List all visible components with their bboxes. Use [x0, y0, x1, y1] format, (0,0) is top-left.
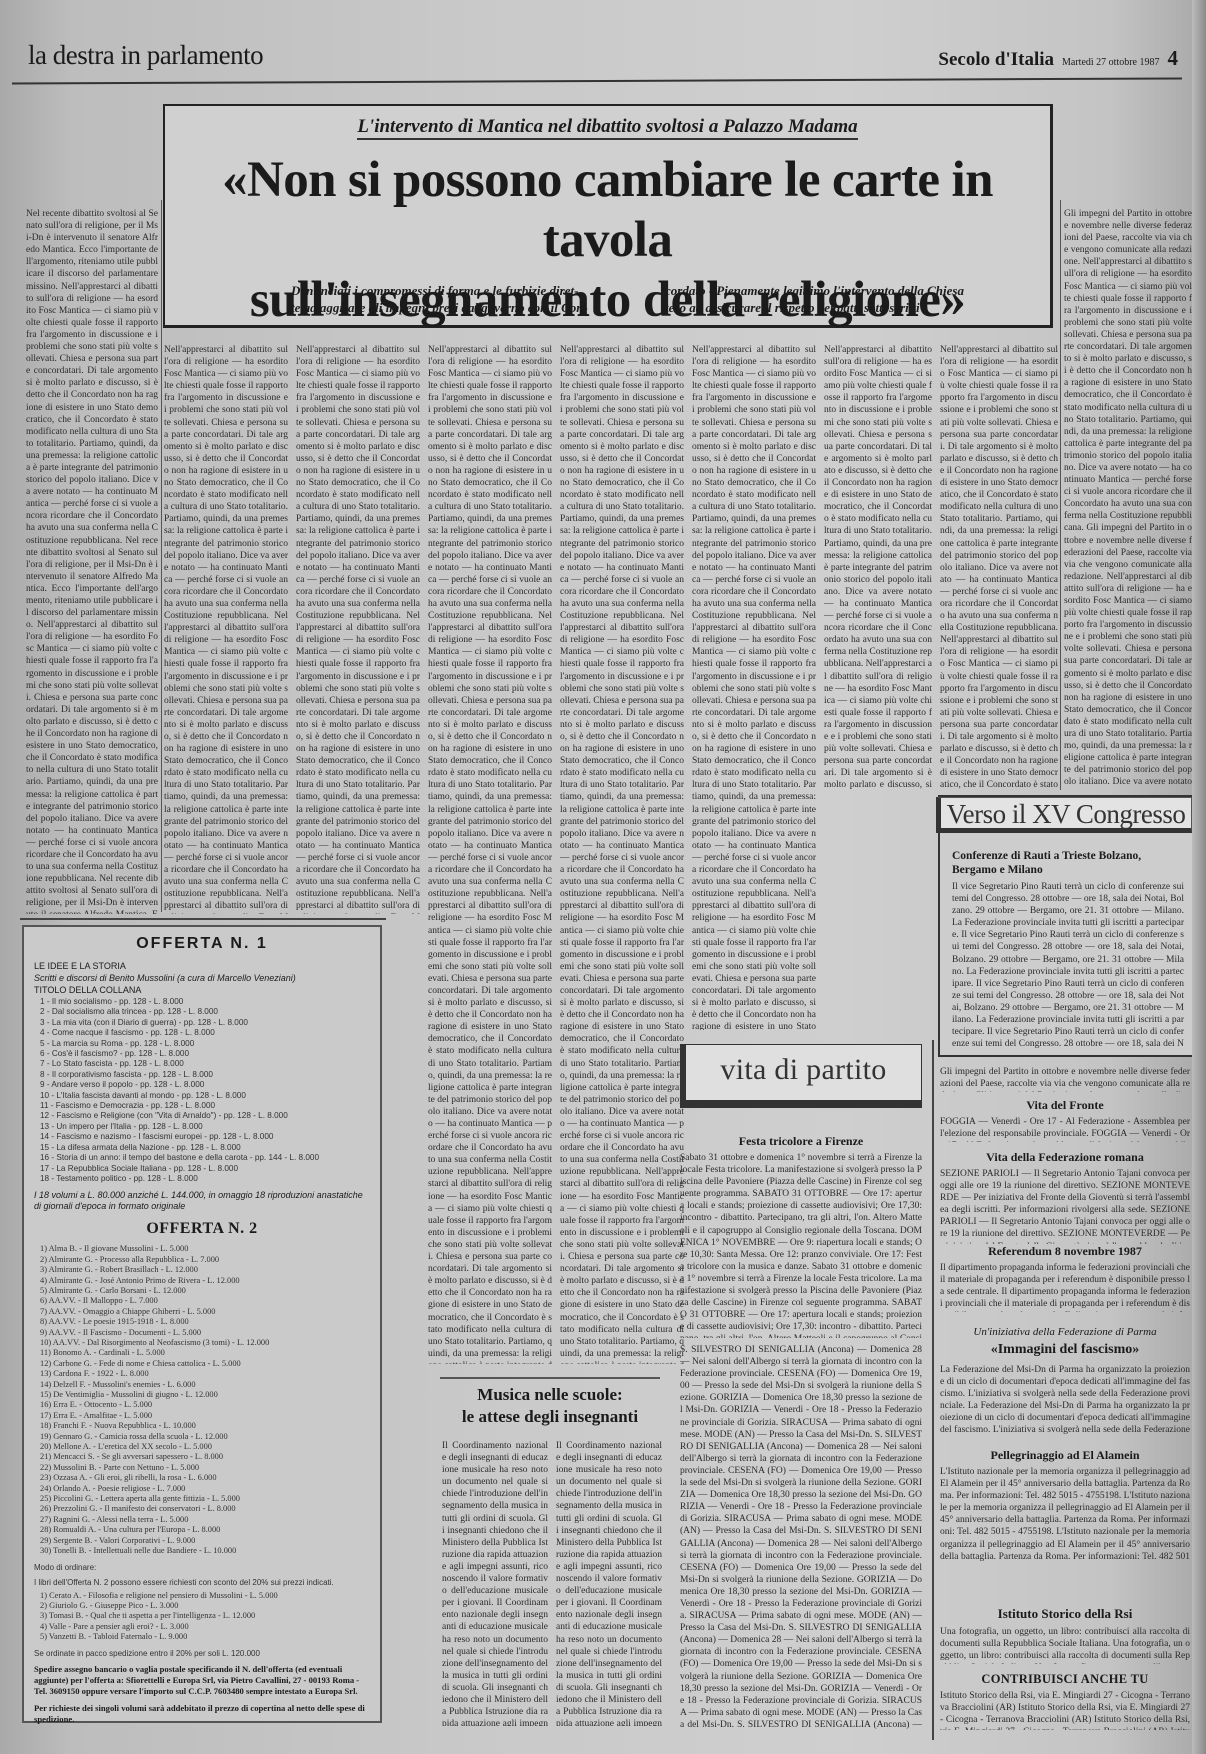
list-item: 2 - Dal socialismo alla trincea - pp. 12…	[34, 1007, 370, 1017]
article-column: Nell'apprestarci al dibattito sull'ora d…	[164, 344, 288, 914]
list-item: 19) Gennaro G. - Camicia rossa della scu…	[34, 1432, 370, 1442]
list-item: 3) Tomasi B. - Qual che ti aspetta a per…	[34, 1611, 370, 1621]
list-item: 18 - Testamento politico - pp. 128 - L. …	[34, 1174, 370, 1184]
newspaper-name: Secolo d'Italia	[938, 49, 1054, 71]
list-item: 17 - La Repubblica Sociale Italiana - pp…	[34, 1164, 370, 1174]
page-header: la destra in parlamento Secolo d'Italia …	[28, 40, 1178, 78]
article-deck-right: cordato - Pienamente legittimo l'interve…	[665, 282, 965, 316]
istituto-text: Una fotografia, un oggetto, un libro: co…	[940, 1626, 1190, 1664]
list-item: 3) Almirante G. - Robert Brasillach - L.…	[34, 1265, 370, 1275]
list-item: 13 - Un impero per l'Italia - pp. 128 - …	[34, 1122, 370, 1132]
offer2-note: I libri dell'Offerta N. 2 possono essere…	[34, 1578, 370, 1587]
list-item: 25) Piccolini G. - Lettera aperta alla g…	[34, 1494, 370, 1504]
article-column: Nell'apprestarci al dibattito sull'ora d…	[296, 344, 420, 914]
list-item: 29) Sergente B. - Valori Corporativi - L…	[34, 1536, 370, 1546]
parma-text: La Federazione del Msi-Dn di Parma ha or…	[940, 1364, 1190, 1438]
festa-tricolore-title: Festa tricolore a Firenze	[680, 1134, 922, 1149]
offer1-title: OFFERTA N. 1	[34, 935, 370, 953]
istituto-title: Istituto Storico della Rsi	[940, 1606, 1190, 1622]
article-column: Nell'apprestarci al dibattito sull'ora d…	[692, 344, 816, 1030]
list-item: 1) Alma B. - Il giovane Mussolini - L. 5…	[34, 1244, 370, 1254]
list-item: 7 - Lo Stato fascista - pp. 128 - L. 8.0…	[34, 1059, 370, 1069]
list-item: 5) Vanzetti B. - Tabloid Faternalo - L. …	[34, 1632, 370, 1642]
istituto-address: Istituto Storico della Rsi, via E. Mingi…	[940, 1690, 1190, 1730]
offer1-total: I 18 volumi a L. 80.000 anziché L. 144.0…	[34, 1190, 370, 1212]
newspaper-page: la destra in parlamento Secolo d'Italia …	[0, 0, 1206, 1754]
article-intro-column: Nel recente dibattito svoltosi al Senato…	[26, 208, 158, 914]
list-item: 11) Bonomo A. - Cardinali - L. 5.000	[34, 1348, 370, 1358]
list-item: 4) Almirante G. - José Antonio Primo de …	[34, 1276, 370, 1286]
list-item: 12 - Fascismo e Religione (con "Vita di …	[34, 1111, 370, 1121]
offer1-subtitle: Scritti e discorsi di Benito Mussolini (…	[34, 973, 370, 983]
federazione-romana-title: Vita della Federazione romana	[940, 1150, 1190, 1165]
list-item: 18) Franchi F. - Nuova Repubblica - L. 1…	[34, 1421, 370, 1431]
referendum-title: Referendum 8 novembre 1987	[940, 1244, 1190, 1259]
list-item: 3 - La mia vita (con il Diario di guerra…	[34, 1018, 370, 1028]
header-rule	[12, 77, 1182, 84]
istituto-callout: CONTRIBUISCI ANCHE TU	[940, 1672, 1190, 1687]
offer2-extra-list: 1) Cerato A. - Filosofia e religione nel…	[34, 1591, 370, 1643]
list-item: 11 - Fascismo e Democrazia - pp. 128 - L…	[34, 1101, 370, 1111]
offer-advertisement: OFFERTA N. 1 LE IDEE E LA STORIA Scritti…	[22, 925, 382, 1723]
article-column: Nell'apprestarci al dibattito sull'ora d…	[940, 344, 1058, 790]
list-item: 26) Prezzolini G. - Il manifesto dei con…	[34, 1504, 370, 1514]
list-item: 17) Erra E. - Amalfitae - L. 5.000	[34, 1411, 370, 1421]
column-rule	[932, 1040, 934, 1740]
offer2-extra-total: Se ordinate in pacco spedizione entro il…	[34, 1649, 370, 1658]
offer2-list: 1) Alma B. - Il giovane Mussolini - L. 5…	[34, 1244, 370, 1556]
list-item: 6) AA.VV. - Il Malloppo - L. 7.000	[34, 1296, 370, 1306]
list-item: 5 - La marcia su Roma - pp. 128 - L. 8.0…	[34, 1039, 370, 1049]
list-item: 8) AA.VV. - Le poesie 1915-1918 - L. 8.0…	[34, 1317, 370, 1327]
main-headline-box: L'intervento di Mantica nel dibattito sv…	[163, 104, 1053, 328]
federazione-romana-text: SEZIONE PARIOLI — Il Segretario Antonio …	[940, 1168, 1190, 1244]
vita-fronte-text: FOGGIA — Venerdì - Ore 17 - Al Federazio…	[940, 1116, 1190, 1142]
vita-di-partito-banner: vita di partito	[680, 1044, 922, 1108]
festa-tricolore-text: Sabato 31 ottobre e domenica 1° novembre…	[680, 1152, 922, 1338]
section-name: la destra in parlamento	[28, 40, 263, 71]
music-article-column: Il Coordinamento nazionale degli insegna…	[442, 1440, 548, 1726]
article-column: Nell'apprestarci al dibattito sull'ora d…	[560, 344, 684, 1364]
list-item: 21) Mencacci S. - Se gli avversari sapes…	[34, 1452, 370, 1462]
list-item: 4 - Come nacque il fascismo - pp. 128 - …	[34, 1028, 370, 1038]
article-kicker: L'intervento di Mantica nel dibattito sv…	[165, 116, 1050, 138]
section-rule	[20, 918, 386, 920]
list-item: 23) Ozzasa A. - Gli eroi, gli ribelli, l…	[34, 1473, 370, 1483]
article-column: Gli impegni del Partito in ottobre e nov…	[1064, 208, 1192, 788]
offer1-series: LE IDEE E LA STORIA	[34, 961, 370, 971]
list-item: 30) Tonelli B. - Intellettuali nelle due…	[34, 1546, 370, 1556]
music-article-title: Musica nelle scuole: le attese degli ins…	[440, 1384, 660, 1428]
congress-banner: Verso il XV Congresso	[936, 797, 1192, 833]
list-item: 1 - Il mio socialismo - pp. 128 - L. 8.0…	[34, 997, 370, 1007]
list-item: 1) Cerato A. - Filosofia e religione nel…	[34, 1591, 370, 1601]
congress-box: Verso il XV Congresso Conferenze di Raut…	[938, 795, 1194, 1057]
column-rule	[161, 200, 162, 912]
masthead: Secolo d'Italia Martedì 27 ottobre 1987 …	[938, 46, 1178, 71]
parma-title: «Immagini del fascismo»	[940, 1342, 1190, 1358]
list-item: 14 - Fascismo e nazismo - I fascismi eur…	[34, 1132, 370, 1142]
list-item: 16 - Storia di un anno: il tempo del bas…	[34, 1153, 370, 1163]
list-item: 2) Giuriolo G. - Giuseppe Pico - L. 3.00…	[34, 1601, 370, 1611]
list-item: 5) Almirante G. - Carlo Borsani - L. 12.…	[34, 1286, 370, 1296]
list-item: 4) Valle - Pare a pensier agli eroi? - L…	[34, 1622, 370, 1632]
offer1-list: 1 - Il mio socialismo - pp. 128 - L. 8.0…	[34, 997, 370, 1184]
list-item: 9 - Andare verso il popolo - pp. 128 - L…	[34, 1080, 370, 1090]
list-item: 24) Orlando A. - Poesie religiose - L. 7…	[34, 1484, 370, 1494]
list-item: 6 - Cos'è il fascismo? - pp. 128 - L. 8.…	[34, 1049, 370, 1059]
congress-headline: Conferenze di Rauti a Trieste Bolzano, B…	[952, 849, 1184, 877]
offer2-title: OFFERTA N. 2	[34, 1220, 370, 1238]
list-item: 2) Almirante G. - Processo alla Repubbli…	[34, 1255, 370, 1265]
article-deck-left: Denunciati i compromessi di forma e le f…	[291, 282, 591, 316]
list-item: 9) AA.VV. - Il Fascismo - Documenti - L.…	[34, 1328, 370, 1338]
pellegrinaggio-title: Pellegrinaggio ad El Alamein	[940, 1448, 1190, 1463]
list-item: 10) AA.VV. - Dal Risorgimento al Neofasc…	[34, 1338, 370, 1348]
pellegrinaggio-text: L'Istituto nazionale per la memoria orga…	[940, 1466, 1190, 1564]
vita-fronte-title: Vita del Fronte	[940, 1098, 1190, 1113]
music-article-column: Il Coordinamento nazionale degli insegna…	[556, 1440, 662, 1726]
offer-shipping-note: Per richieste dei singoli volumi sarà ad…	[34, 1703, 370, 1725]
list-item: 7) AA.VV. - Omaggio a Chiappe Ghiberri -…	[34, 1307, 370, 1317]
column-rule	[1060, 200, 1061, 790]
article-column: Nell'apprestarci al dibattito sull'ora d…	[824, 344, 932, 790]
issue-date: Martedì 27 ottobre 1987	[1062, 57, 1159, 68]
right-intro-text: Gli impegni del Partito in ottobre e nov…	[940, 1066, 1190, 1092]
offer2-note-header: Modo di ordinare:	[34, 1563, 370, 1572]
congress-text: Il vice Segretario Pino Rauti terrà un c…	[952, 881, 1184, 1051]
list-item: 20) Mellone A. - L'eretica del XX secolo…	[34, 1442, 370, 1452]
list-item: 28) Romualdi A. - Una cultura per l'Euro…	[34, 1525, 370, 1535]
list-item: 22) Mussolini B. - Parte con Nettuno - L…	[34, 1463, 370, 1473]
music-article-rule	[440, 1377, 660, 1379]
offer1-list-header: TITOLO DELLA COLLANA	[34, 985, 370, 995]
list-item: 15 - La difesa armata della Nazione - pp…	[34, 1143, 370, 1153]
page-edge-shadow	[1192, 0, 1206, 1754]
article-column: Nell'apprestarci al dibattito sull'ora d…	[428, 344, 552, 1364]
referendum-text: Il dipartimento propaganda informa le fe…	[940, 1262, 1190, 1312]
list-item: 8 - Il corporativismo fascista - pp. 128…	[34, 1070, 370, 1080]
page-number: 4	[1168, 46, 1179, 71]
list-item: 13) Cardona F. - 1922 - L. 8.000	[34, 1369, 370, 1379]
list-item: 12) Carbone G. - Fede di nome e Chiesa c…	[34, 1359, 370, 1369]
offer-order-instructions: Spedire assegno bancario o vaglia postal…	[34, 1664, 370, 1697]
list-item: 27) Ragnini G. - Alessi nella terra - L.…	[34, 1515, 370, 1525]
list-item: 14) Delzell F. - Mussolini's enemies - L…	[34, 1380, 370, 1390]
list-item: 15) De Ventimiglia - Mussolini di giugno…	[34, 1390, 370, 1400]
parma-kicker: Un'iniziativa della Federazione di Parma	[940, 1326, 1190, 1338]
list-item: 16) Erra E. - Ottocento - L. 5.000	[34, 1400, 370, 1410]
local-events-text: S. SILVESTRO DI SENIGALLIA (Ancona) — Do…	[680, 1344, 922, 1730]
list-item: 10 - L'Italia fascista davanti al mondo …	[34, 1091, 370, 1101]
